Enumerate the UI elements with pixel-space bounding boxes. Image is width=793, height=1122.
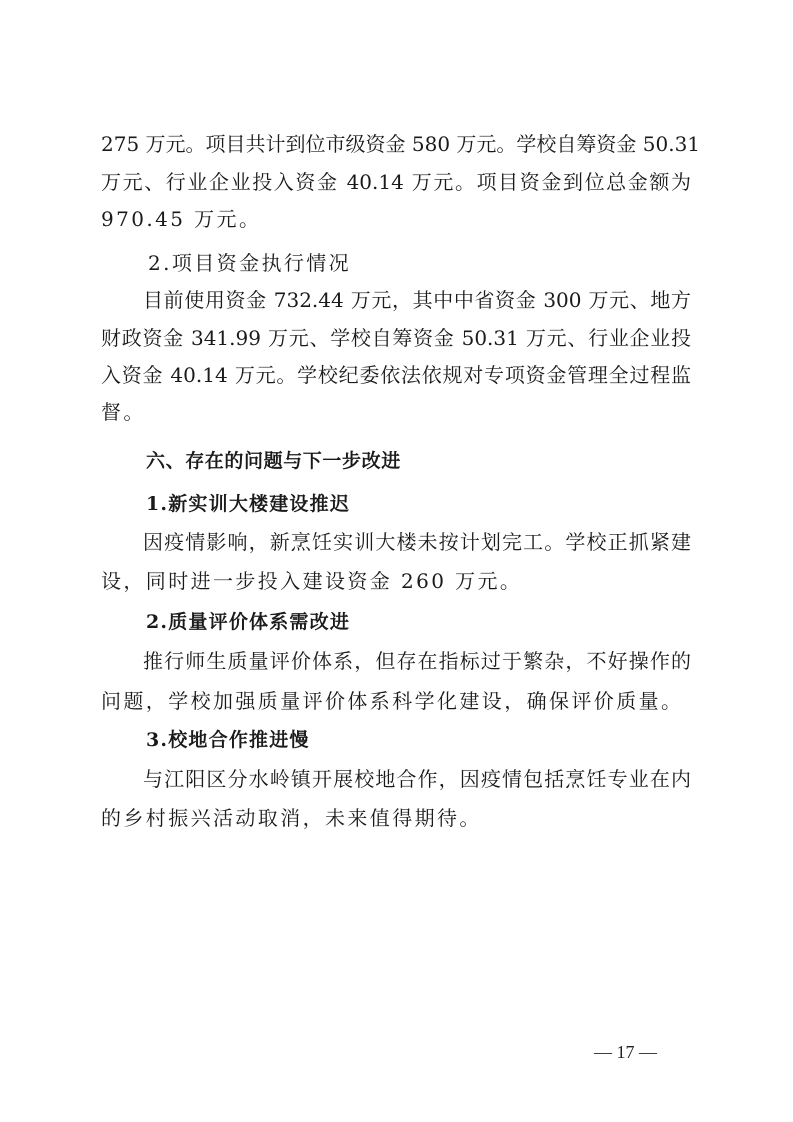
issue-heading: 3.校地合作推进慢 [146, 728, 736, 752]
chapter-heading: 六、存在的问题与下一步改进 [146, 449, 736, 473]
paragraph-line: 目前使用资金 732.44 万元，其中中省资金 300 万元、地方 [143, 288, 691, 312]
paragraph-line: 设，同时进一步投入建设资金 260 万元。 [101, 569, 691, 593]
issue-heading: 1.新实训大楼建设推迟 [146, 492, 736, 516]
paragraph-line: 970.45 万元。 [101, 207, 691, 231]
paragraph-line: 因疫情影响，新烹饪实训大楼未按计划完工。学校正抓紧建 [143, 530, 691, 554]
page-number: — 17 — [594, 1041, 657, 1063]
document-page: 275 万元。项目共计到位市级资金 580 万元。学校自筹资金 50.31 万元… [0, 0, 793, 1122]
paragraph-line: 万元、行业企业投入资金 40.14 万元。项目资金到位总金额为 [101, 170, 691, 194]
paragraph-line: 推行师生质量评价体系，但存在指标过于繁杂，不好操作的 [143, 649, 691, 673]
paragraph-line: 与江阳区分水岭镇开展校地合作，因疫情包括烹饪专业在内 [143, 767, 691, 791]
issue-heading: 2.质量评价体系需改进 [146, 610, 736, 634]
paragraph-line: 的乡村振兴活动取消，未来值得期待。 [101, 806, 691, 830]
paragraph-line: 督。 [101, 400, 691, 424]
paragraph-line: 入资金 40.14 万元。学校纪委依法依规对专项资金管理全过程监 [101, 363, 691, 387]
paragraph-line: 财政资金 341.99 万元、学校自筹资金 50.31 万元、行业企业投 [101, 326, 691, 350]
section-subheading: 2.项目资金执行情况 [148, 251, 738, 275]
paragraph-line: 275 万元。项目共计到位市级资金 580 万元。学校自筹资金 50.31 [101, 132, 691, 156]
paragraph-line: 问题，学校加强质量评价体系科学化建设，确保评价质量。 [101, 689, 691, 713]
